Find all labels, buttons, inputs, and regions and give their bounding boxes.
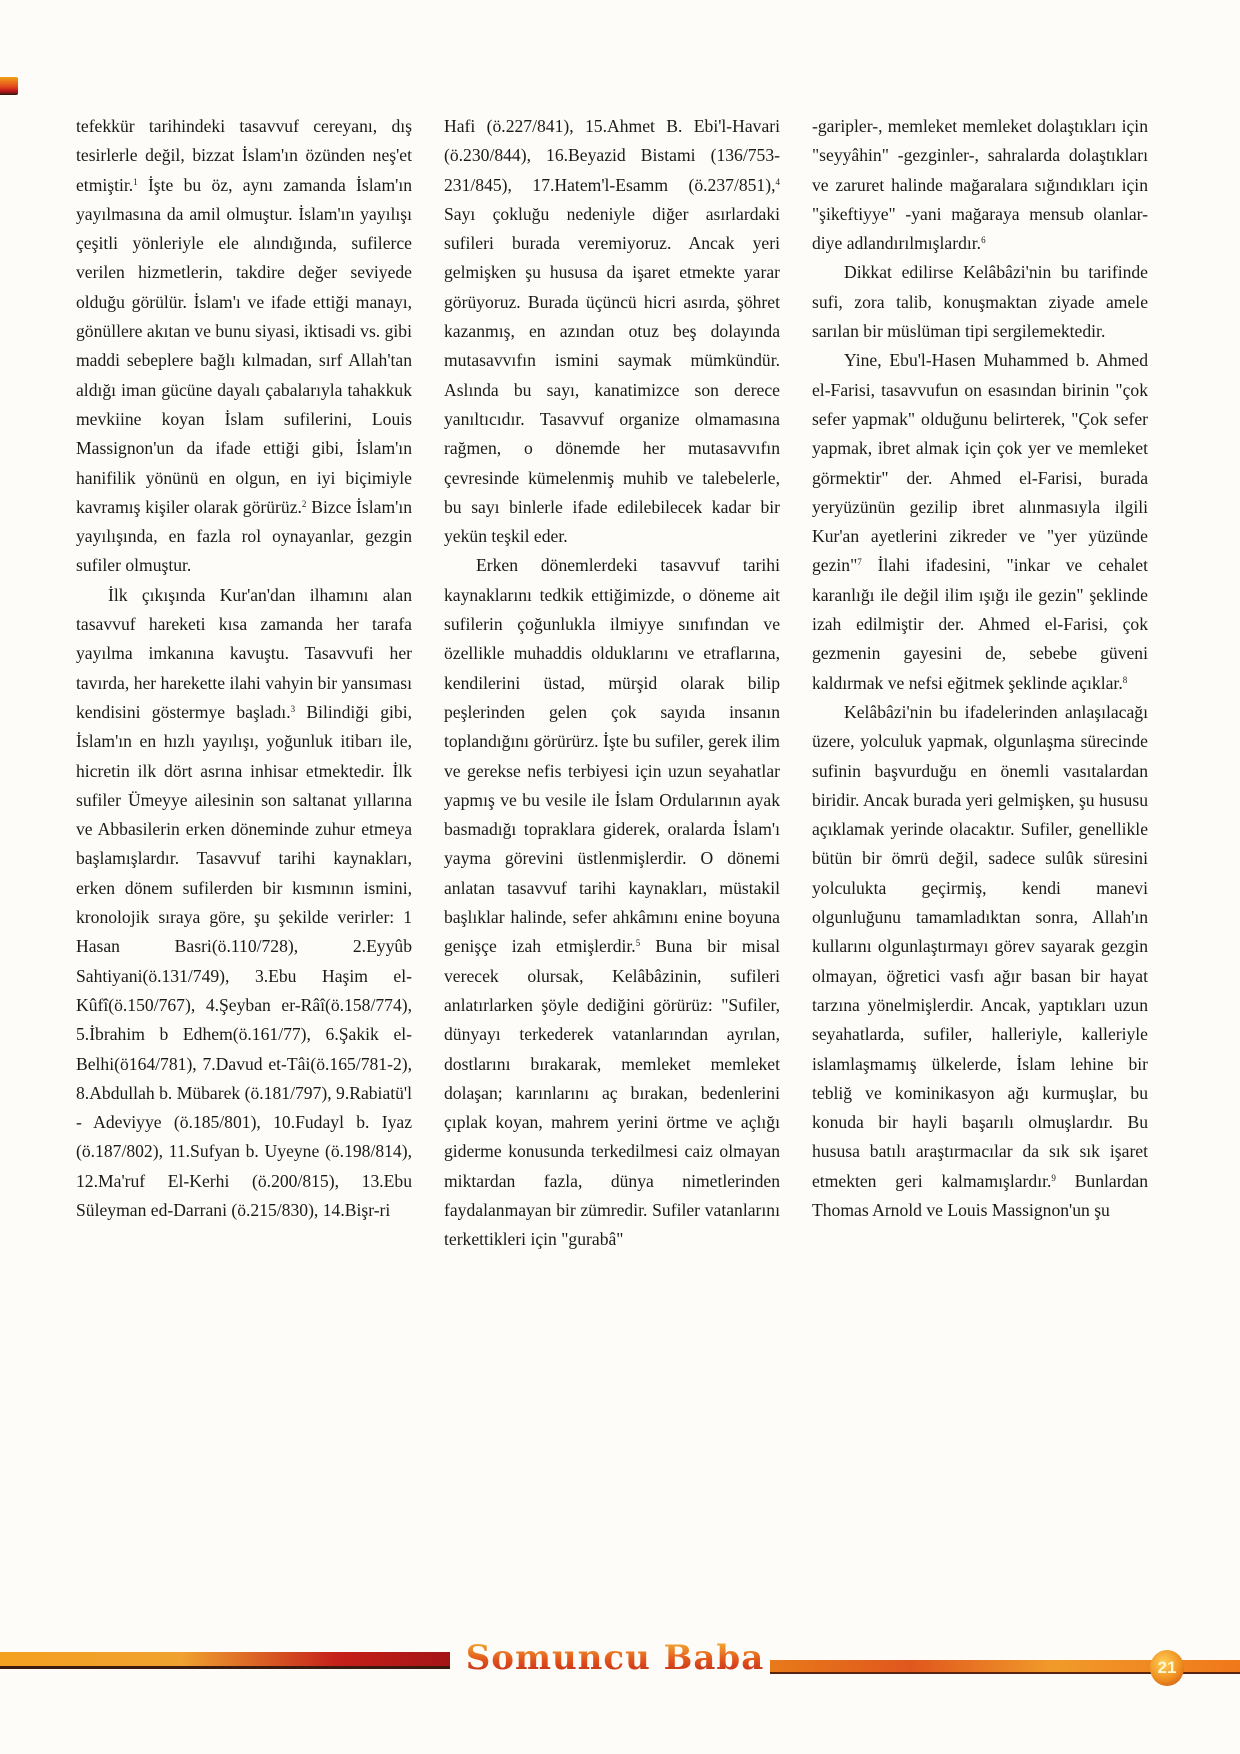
page-footer: Somuncu Baba 21: [0, 1640, 1240, 1720]
text-run: Erken dönemlerdeki tasavvuf tarihi kayna…: [444, 555, 780, 956]
paragraph: Dikkat edilirse Kelâbâzi'nin bu tarifind…: [812, 258, 1148, 346]
text-run: Kelâbâzi'nin bu ifadelerinden anlaşılaca…: [812, 702, 1148, 1191]
text-run: İlahi ifadesini, "inkar ve cehalet karan…: [812, 555, 1148, 692]
page-number-badge: 21: [1150, 1650, 1184, 1686]
paragraph: İlk çıkışında Kur'an'dan ilhamını alan t…: [76, 581, 412, 1226]
text-run: Dikkat edilirse Kelâbâzi'nin bu tarifind…: [812, 262, 1148, 341]
text-run: İşte bu öz, aynı zamanda İslam'ın yayılm…: [76, 175, 412, 517]
footnote-ref: 8: [1123, 675, 1128, 685]
text-run: Sayı çokluğu nedeniyle diğer asırlardaki…: [444, 204, 780, 546]
paragraph: Kelâbâzi'nin bu ifadelerinden anlaşılaca…: [812, 698, 1148, 1225]
footer-rule-left: [0, 1652, 450, 1669]
text-column-2: Hafi (ö.227/841), 15.Ahmet B. Ebi'l-Hava…: [444, 112, 780, 1642]
paragraph: tefekkür tarihindeki tasavvuf cereyanı, …: [76, 112, 412, 581]
text-run: Buna bir misal verecek olursak, Kelâbâzi…: [444, 936, 780, 1249]
page-edge-marker: [0, 77, 18, 95]
text-run: Hafi (ö.227/841), 15.Ahmet B. Ebi'l-Hava…: [444, 116, 780, 195]
paragraph: -garipler-, memleket memleket dolaştıkla…: [812, 112, 1148, 258]
paragraph: Hafi (ö.227/841), 15.Ahmet B. Ebi'l-Hava…: [444, 112, 780, 551]
text-run: Bilindiği gibi, İslam'ın en hızlı yayılı…: [76, 702, 412, 1220]
footnote-ref: 6: [981, 235, 986, 245]
text-column-3: -garipler-, memleket memleket dolaştıkla…: [812, 112, 1148, 1642]
article-body: tefekkür tarihindeki tasavvuf cereyanı, …: [76, 112, 1148, 1642]
paragraph: Yine, Ebu'l-Hasen Muhammed b. Ahmed el-F…: [812, 346, 1148, 698]
footnote-ref: 4: [776, 177, 781, 187]
text-column-1: tefekkür tarihindeki tasavvuf cereyanı, …: [76, 112, 412, 1642]
text-run: Yine, Ebu'l-Hasen Muhammed b. Ahmed el-F…: [812, 350, 1148, 575]
text-run: -garipler-, memleket memleket dolaştıkla…: [812, 116, 1148, 253]
publication-logo: Somuncu Baba: [455, 1638, 775, 1678]
paragraph: Erken dönemlerdeki tasavvuf tarihi kayna…: [444, 551, 780, 1254]
